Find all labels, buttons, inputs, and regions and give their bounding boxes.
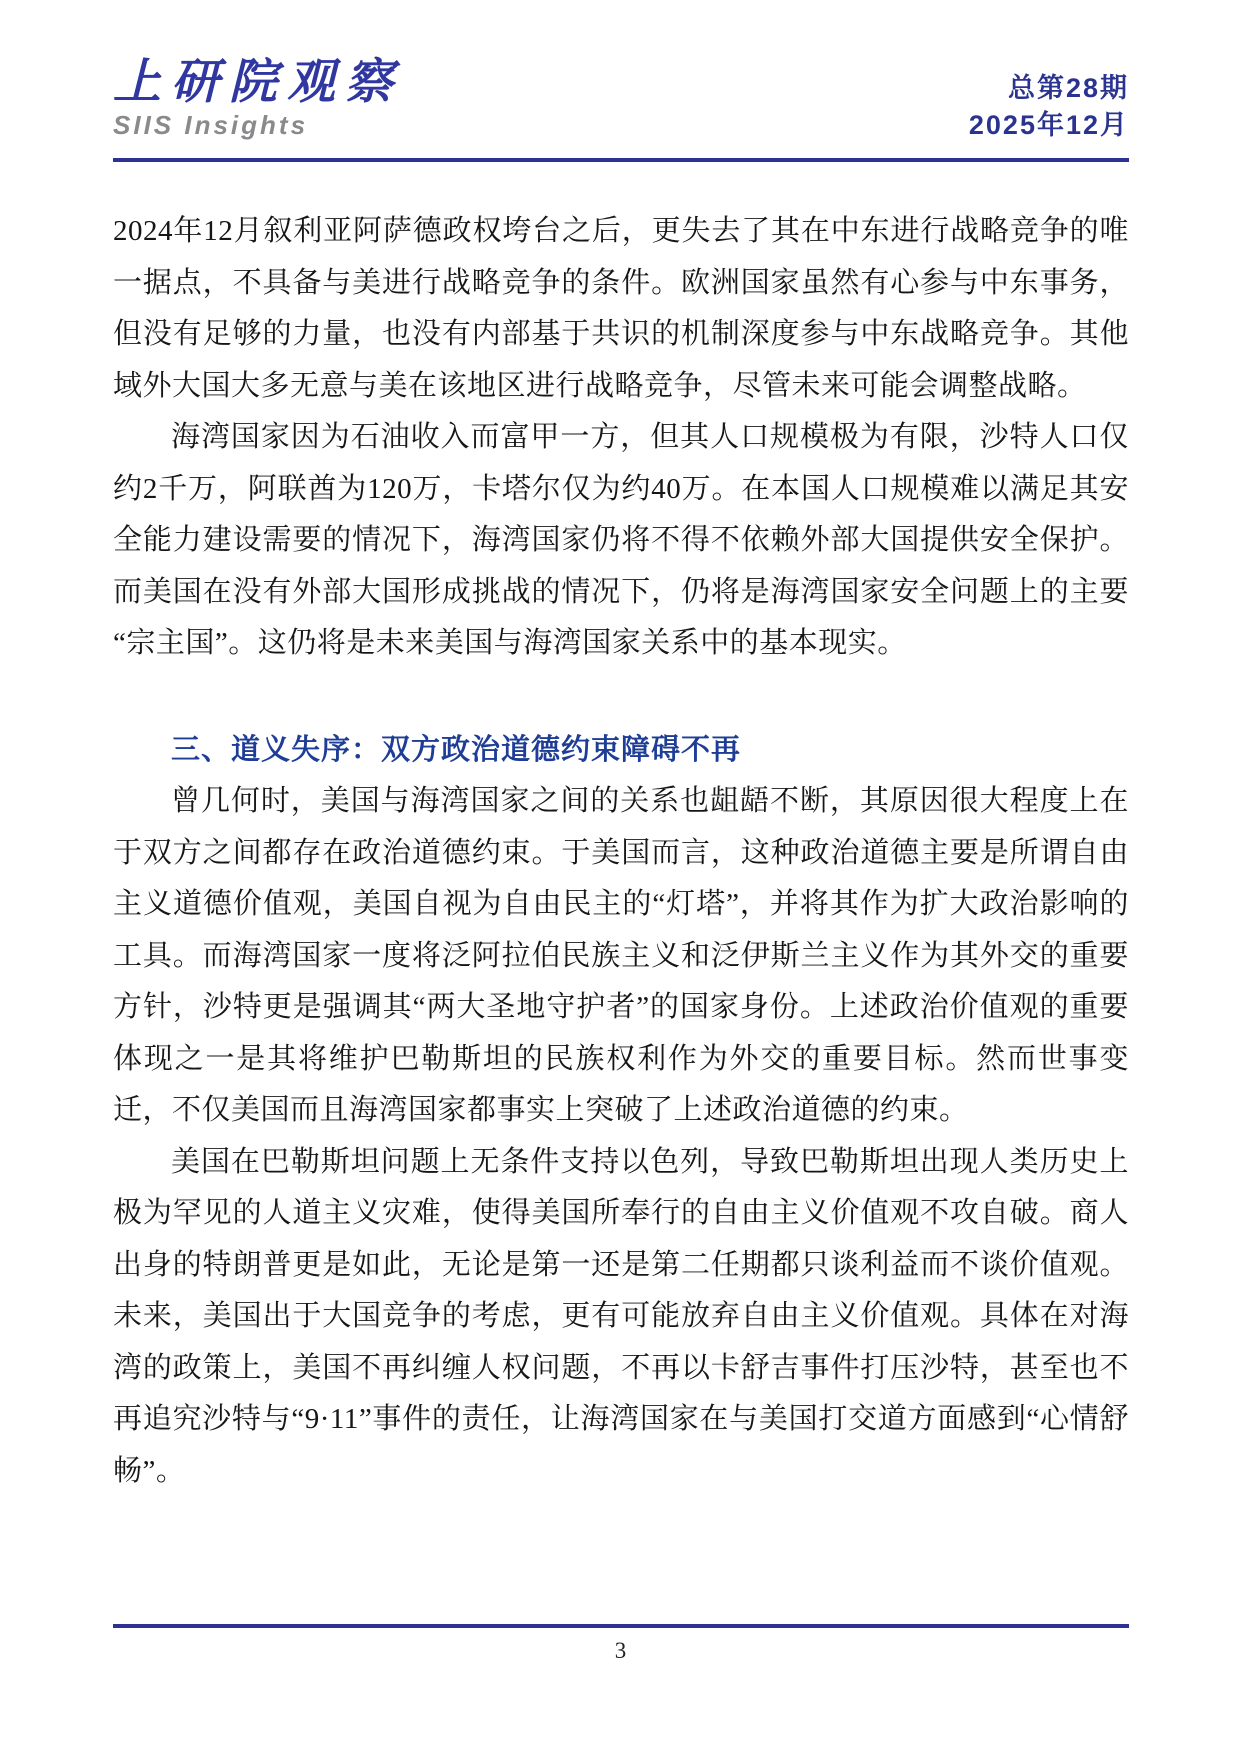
page-header: 上研院观察 SIIS Insights 总第28期 2025年12月 <box>113 58 1129 144</box>
body-paragraph: 海湾国家因为石油收入而富甲一方，但其人口规模极为有限，沙特人口仅约2千万，阿联酋… <box>113 412 1129 670</box>
header-divider-rule <box>113 158 1129 162</box>
body-paragraph: 2024年12月叙利亚阿萨德政权垮台之后，更失去了其在中东进行战略竞争的唯一据点… <box>113 206 1129 412</box>
document-body: 2024年12月叙利亚阿萨德政权垮台之后，更失去了其在中东进行战略竞争的唯一据点… <box>113 206 1129 1497</box>
issue-date: 2025年12月 <box>969 107 1129 144</box>
issue-number: 总第28期 <box>969 70 1129 107</box>
body-paragraph: 曾几何时，美国与海湾国家之间的关系也龃龉不断，其原因很大程度上在于双方之间都存在… <box>113 776 1129 1137</box>
document-page: 上研院观察 SIIS Insights 总第28期 2025年12月 2024年… <box>0 0 1241 1754</box>
issue-info: 总第28期 2025年12月 <box>969 58 1129 144</box>
section-heading: 三、道义失序：双方政治道德约束障碍不再 <box>113 725 1129 777</box>
page-number: 3 <box>0 1638 1241 1664</box>
masthead-logo: 上研院观察 SIIS Insights <box>113 58 403 138</box>
logo-english-subtitle: SIIS Insights <box>113 112 403 138</box>
body-paragraph: 美国在巴勒斯坦问题上无条件支持以色列，导致巴勒斯坦出现人类历史上极为罕见的人道主… <box>113 1137 1129 1498</box>
footer-divider-rule <box>113 1624 1129 1628</box>
logo-chinese-title: 上研院观察 <box>113 58 403 106</box>
